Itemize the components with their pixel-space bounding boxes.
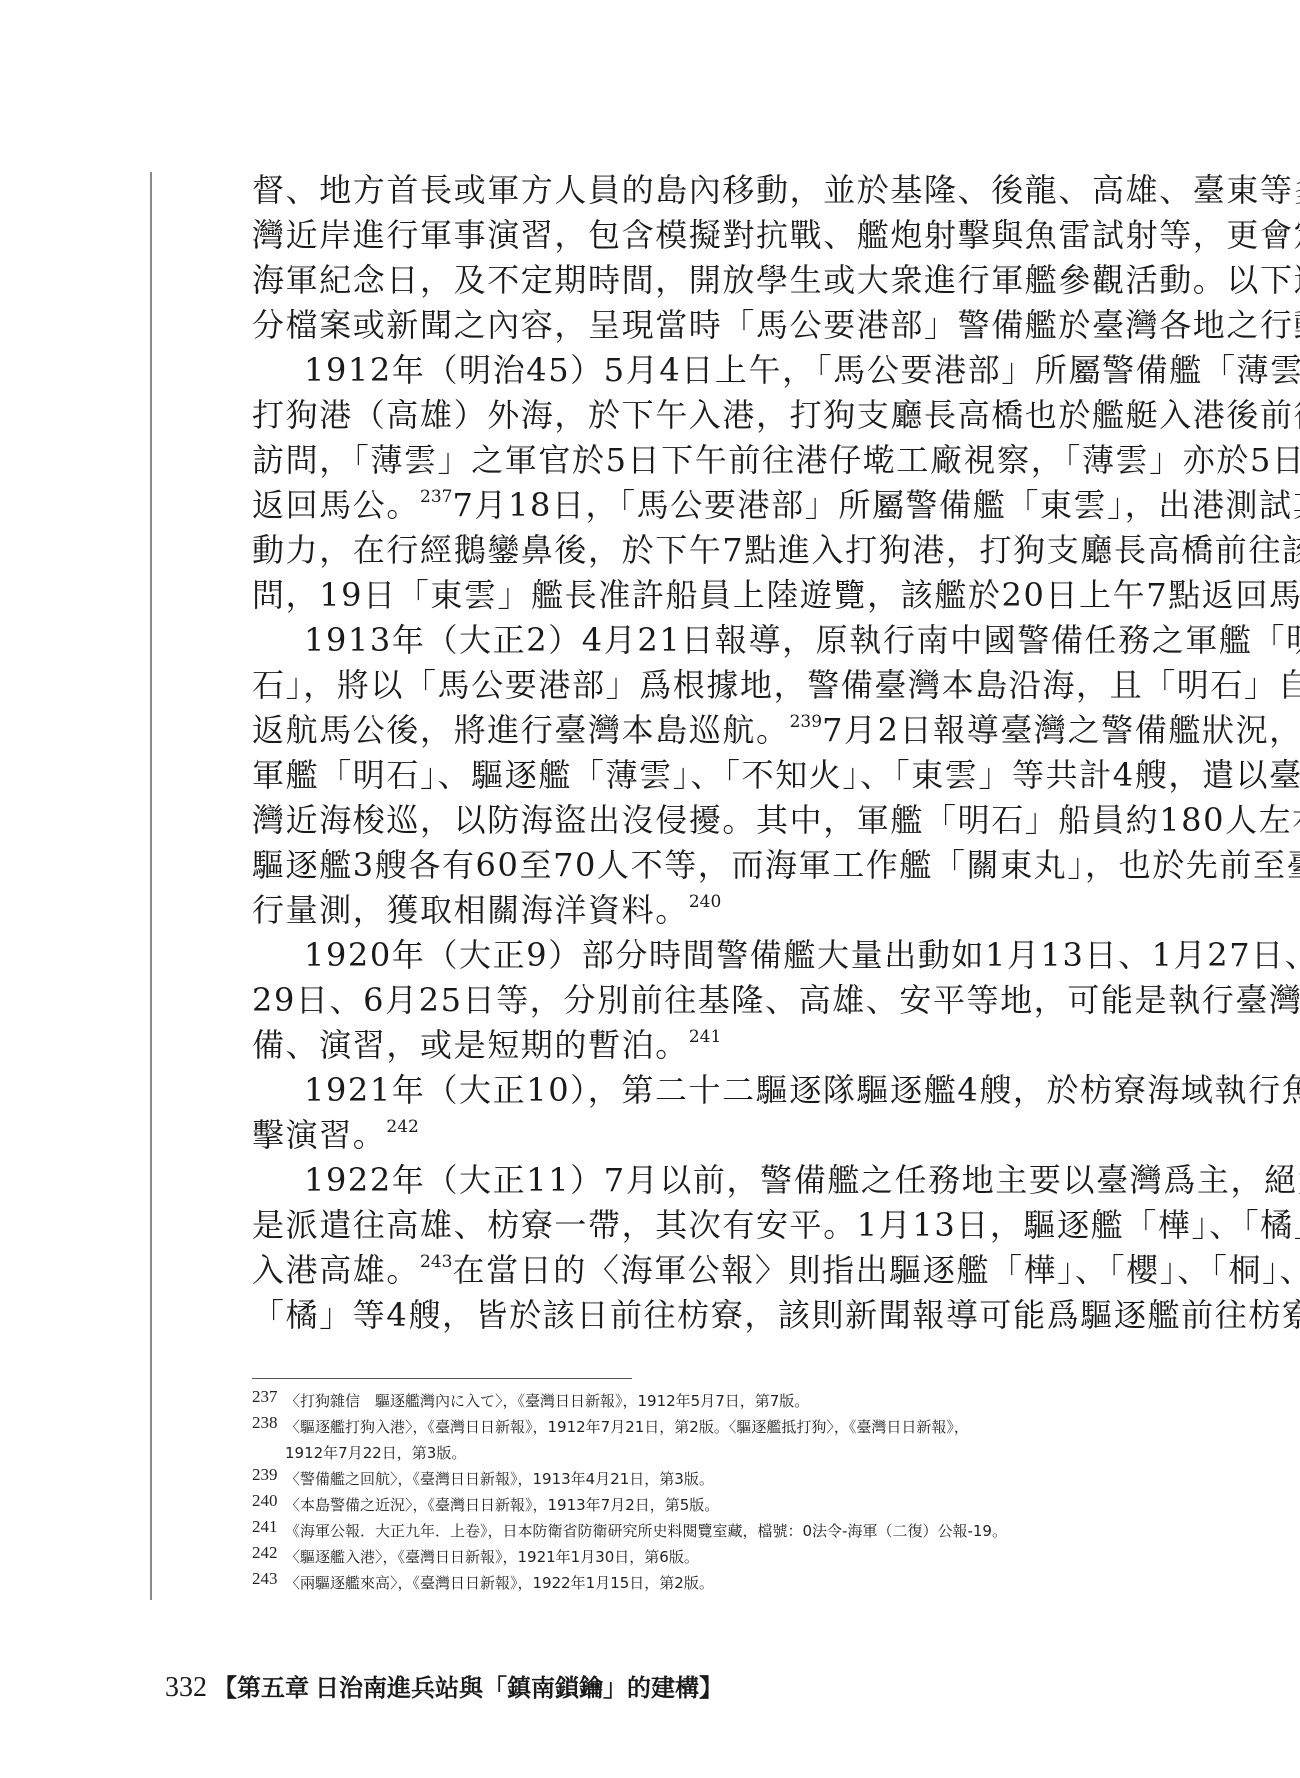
footnote-text: 〈本島警備之近況〉，《臺灣日日新報》，1913年7月2日，第5版。	[285, 1492, 1152, 1518]
line-segment: 1920年（大正9）部分時間警備艦大量出動如1月13日、1月27日、5月	[304, 936, 1300, 974]
footnote: 243〈兩驅逐艦來高〉，《臺灣日日新報》，1922年1月15日，第2版。	[252, 1570, 1152, 1596]
line-segment: 問，19日「東雲」艦長准許船員上陸遊覽，該艦於20日上午7點返回馬公。	[252, 576, 1300, 614]
text-line: 督、地方首長或軍方人員的島內移動，並於基隆、後龍、高雄、臺東等多處臺	[252, 168, 1132, 213]
line-segment: 擊演習。	[252, 1116, 386, 1154]
text-line: 海軍紀念日，及不定期時間，開放學生或大衆進行軍艦參觀活動。以下透過部	[252, 258, 1132, 303]
text-line: 1913年（大正2）4月21日報導，原執行南中國警備任務之軍艦「明	[252, 618, 1132, 663]
line-segment: 1921年（大正10），第二十二驅逐隊驅逐艦4艘，於枋寮海域執行魚雷射	[304, 1071, 1300, 1109]
line-segment: 動力，在行經鵝鑾鼻後，於下午7點進入打狗港，打狗支廳長高橋前往該艦訪	[252, 531, 1300, 569]
text-line: 石」，將以「馬公要港部」爲根據地，警備臺灣本島沿海，且「明石」自中國	[252, 663, 1132, 708]
text-line: 返航馬公後，將進行臺灣本島巡航。2397月2日報導臺灣之警備艦狀況，已派有	[252, 708, 1132, 753]
line-segment: 29日、6月25日等，分別前往基隆、高雄、安平等地，可能是執行臺灣海域警	[252, 981, 1300, 1019]
footnote-ref[interactable]: 241	[689, 1027, 721, 1047]
line-segment: 備、演習，或是短期的暫泊。	[252, 1026, 689, 1064]
line-segment: 驅逐艦3艘各有60至70人不等，而海軍工作艦「關東丸」，也於先前至臺灣進	[252, 846, 1300, 884]
footnote-number: 243	[252, 1566, 278, 1592]
footnote-ref[interactable]: 237	[420, 487, 452, 507]
line-segment: 返回馬公。	[252, 486, 420, 524]
footnote-number: 241	[252, 1514, 278, 1540]
line-segment: 1922年（大正11）7月以前，警備艦之任務地主要以臺灣爲主，絕大多數	[304, 1161, 1300, 1199]
line-segment: 入港高雄。	[252, 1251, 420, 1289]
text-line: 是派遣往高雄、枋寮一帶，其次有安平。1月13日，驅逐艦「樺」、「橘」，	[252, 1203, 1132, 1248]
text-line: 灣近海梭巡，以防海盜出沒侵擾。其中，軍艦「明石」船員約180人左右，另	[252, 798, 1132, 843]
footnotes: 237〈打狗雜信 驅逐艦灣內に入て〉，《臺灣日日新報》，1912年5月7日，第7…	[252, 1388, 1152, 1596]
line-segment: 1913年（大正2）4月21日報導，原執行南中國警備任務之軍艦「明	[304, 621, 1300, 659]
line-segment: 石」，將以「馬公要港部」爲根據地，警備臺灣本島沿海，且「明石」自中國	[252, 666, 1300, 704]
footnote: 238〈驅逐艦打狗入港〉，《臺灣日日新報》，1912年7月21日，第2版。〈驅逐…	[252, 1414, 1152, 1466]
running-header-chapter: 【第五章 日治南進兵站與「鎮南鎖鑰」的建構】	[213, 1676, 723, 1702]
footnote-separator	[252, 1378, 632, 1379]
text-line: 返回馬公。2377月18日，「馬公要港部」所屬警備艦「東雲」，出港測試其艦艇	[252, 483, 1132, 528]
line-segment: 行量測，獲取相關海洋資料。	[252, 891, 689, 929]
line-segment: 督、地方首長或軍方人員的島內移動，並於基隆、後龍、高雄、臺東等多處臺	[252, 171, 1300, 209]
footnote-number: 242	[252, 1540, 278, 1566]
line-segment: 7月2日報導臺灣之警備艦狀況，已派有	[822, 711, 1300, 749]
text-line: 入港高雄。243在當日的〈海軍公報〉則指出驅逐艦「樺」、「櫻」、「桐」、	[252, 1248, 1132, 1293]
text-line: 行量測，獲取相關海洋資料。240	[252, 888, 1132, 933]
text-line: 打狗港（高雄）外海，於下午入港，打狗支廳長高橋也於艦艇入港後前往該艦	[252, 393, 1132, 438]
footnote-number: 238	[252, 1410, 278, 1436]
footnote-ref[interactable]: 240	[689, 892, 721, 912]
line-segment: 返航馬公後，將進行臺灣本島巡航。	[252, 711, 790, 749]
line-segment: 7月18日，「馬公要港部」所屬警備艦「東雲」，出港測試其艦艇	[452, 486, 1300, 524]
text-line: 備、演習，或是短期的暫泊。241	[252, 1023, 1132, 1068]
line-segment: 海軍紀念日，及不定期時間，開放學生或大衆進行軍艦參觀活動。以下透過部	[252, 261, 1300, 299]
text-line: 灣近岸進行軍事演習，包含模擬對抗戰、艦炮射擊與魚雷試射等，更會定期於	[252, 213, 1132, 258]
footnote-text: 〈打狗雜信 驅逐艦灣內に入て〉，《臺灣日日新報》，1912年5月7日，第7版。	[285, 1388, 1152, 1414]
line-segment: 軍艦「明石」、驅逐艦「薄雲」、「不知火」、「東雲」等共計4艘，遣以臺	[252, 756, 1300, 794]
footnote-text: 〈兩驅逐艦來高〉，《臺灣日日新報》，1922年1月15日，第2版。	[285, 1570, 1152, 1596]
text-line: 1921年（大正10），第二十二驅逐隊驅逐艦4艘，於枋寮海域執行魚雷射	[252, 1068, 1132, 1113]
line-segment: 1912年（明治45）5月4日上午，「馬公要港部」所屬警備艦「薄雲」抵達	[304, 351, 1300, 389]
text-line: 驅逐艦3艘各有60至70人不等，而海軍工作艦「關東丸」，也於先前至臺灣進	[252, 843, 1132, 888]
footnote-text: 〈驅逐艦入港〉，《臺灣日日新報》，1921年1月30日，第6版。	[285, 1544, 1152, 1570]
footnote: 239〈警備艦之回航〉，《臺灣日日新報》，1913年4月21日，第3版。	[252, 1466, 1152, 1492]
line-segment: 訪問，「薄雲」之軍官於5日下午前往港仔墘工廠視察，「薄雲」亦於5日晚間	[252, 441, 1300, 479]
page-footer: 332【第五章 日治南進兵站與「鎮南鎖鑰」的建構】	[165, 1668, 723, 1704]
text-line: 動力，在行經鵝鑾鼻後，於下午7點進入打狗港，打狗支廳長高橋前往該艦訪	[252, 528, 1132, 573]
text-line: 分檔案或新聞之內容，呈現當時「馬公要港部」警備艦於臺灣各地之行動。	[252, 303, 1132, 348]
footnote-number: 237	[252, 1384, 278, 1410]
margin-rule	[150, 172, 152, 1600]
text-line: 擊演習。242	[252, 1113, 1132, 1158]
footnote: 237〈打狗雜信 驅逐艦灣內に入て〉，《臺灣日日新報》，1912年5月7日，第7…	[252, 1388, 1152, 1414]
footnote-ref[interactable]: 243	[420, 1252, 452, 1272]
text-line: 29日、6月25日等，分別前往基隆、高雄、安平等地，可能是執行臺灣海域警	[252, 978, 1132, 1023]
text-line: 訪問，「薄雲」之軍官於5日下午前往港仔墘工廠視察，「薄雲」亦於5日晚間	[252, 438, 1132, 483]
footnote-ref[interactable]: 242	[386, 1117, 418, 1137]
text-line: 1922年（大正11）7月以前，警備艦之任務地主要以臺灣爲主，絕大多數	[252, 1158, 1132, 1203]
footnote-text: 《海軍公報．大正九年．上卷》，日本防衛省防衛研究所史料閱覽室藏，檔號：0法令-海…	[285, 1518, 1152, 1544]
body-text: 督、地方首長或軍方人員的島內移動，並於基隆、後龍、高雄、臺東等多處臺灣近岸進行軍…	[252, 168, 1132, 1338]
footnote-text: 〈驅逐艦打狗入港〉，《臺灣日日新報》，1912年7月21日，第2版。〈驅逐艦抵打…	[285, 1414, 1152, 1440]
footnote-text-continued: 1912年7月22日，第3版。	[285, 1440, 1152, 1466]
footnote-text: 〈警備艦之回航〉，《臺灣日日新報》，1913年4月21日，第3版。	[285, 1466, 1152, 1492]
footnote: 241《海軍公報．大正九年．上卷》，日本防衛省防衛研究所史料閱覽室藏，檔號：0法…	[252, 1518, 1152, 1544]
text-line: 1920年（大正9）部分時間警備艦大量出動如1月13日、1月27日、5月	[252, 933, 1132, 978]
footnote: 242〈驅逐艦入港〉，《臺灣日日新報》，1921年1月30日，第6版。	[252, 1544, 1152, 1570]
footnote-number: 239	[252, 1462, 278, 1488]
line-segment: 是派遣往高雄、枋寮一帶，其次有安平。1月13日，驅逐艦「樺」、「橘」，	[252, 1206, 1300, 1244]
line-segment: 「橘」等4艘，皆於該日前往枋寮，該則新聞報導可能爲驅逐艦前往枋寮執行	[252, 1296, 1300, 1334]
footnote-number: 240	[252, 1488, 278, 1514]
text-line: 問，19日「東雲」艦長准許船員上陸遊覽，該艦於20日上午7點返回馬公。238	[252, 573, 1132, 618]
line-segment: 灣近岸進行軍事演習，包含模擬對抗戰、艦炮射擊與魚雷試射等，更會定期於	[252, 216, 1300, 254]
text-line: 1912年（明治45）5月4日上午，「馬公要港部」所屬警備艦「薄雲」抵達	[252, 348, 1132, 393]
line-segment: 灣近海梭巡，以防海盜出沒侵擾。其中，軍艦「明石」船員約180人左右，另	[252, 801, 1300, 839]
footnote-ref[interactable]: 239	[790, 712, 822, 732]
page-number: 332	[165, 1672, 207, 1703]
footnote: 240〈本島警備之近況〉，《臺灣日日新報》，1913年7月2日，第5版。	[252, 1492, 1152, 1518]
line-segment: 打狗港（高雄）外海，於下午入港，打狗支廳長高橋也於艦艇入港後前往該艦	[252, 396, 1300, 434]
line-segment: 在當日的〈海軍公報〉則指出驅逐艦「樺」、「櫻」、「桐」、	[452, 1251, 1300, 1289]
text-line: 「橘」等4艘，皆於該日前往枋寮，該則新聞報導可能爲驅逐艦前往枋寮執行	[252, 1293, 1132, 1338]
text-line: 軍艦「明石」、驅逐艦「薄雲」、「不知火」、「東雲」等共計4艘，遣以臺	[252, 753, 1132, 798]
line-segment: 分檔案或新聞之內容，呈現當時「馬公要港部」警備艦於臺灣各地之行動。	[252, 306, 1300, 344]
